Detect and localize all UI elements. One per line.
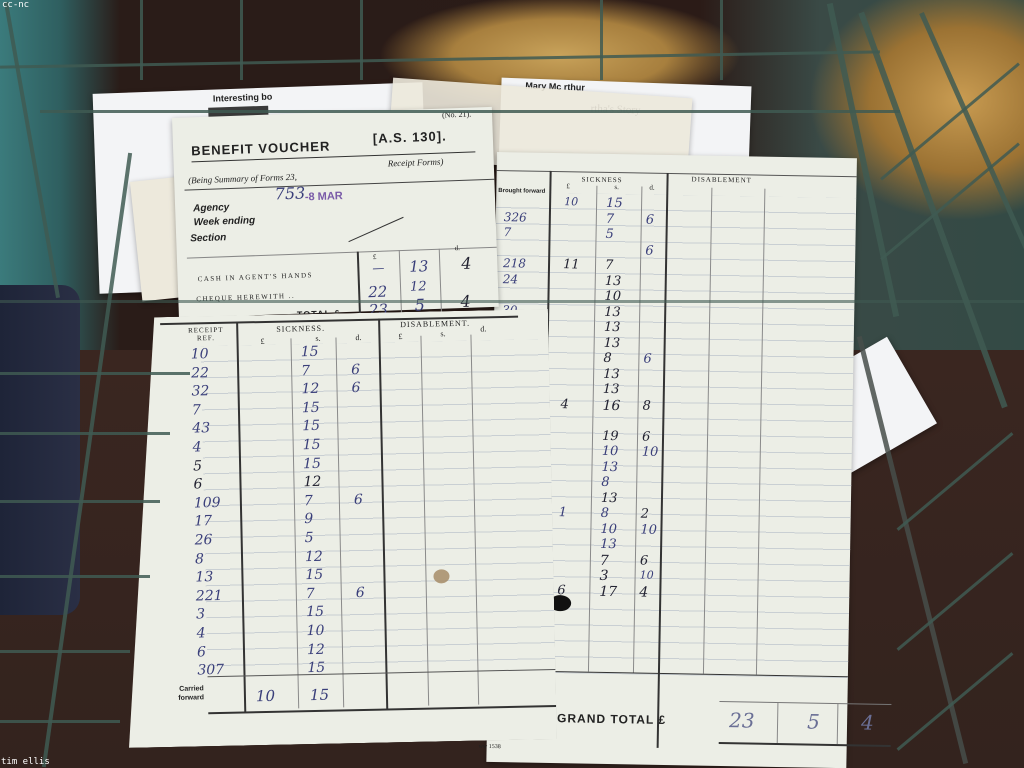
grand-total-label: GRAND TOTAL £ [557,711,666,727]
license-label: cc-nc [2,0,29,10]
cheque-pounds: 22 [368,283,388,302]
carried-forward-shillings: 15 [310,686,329,704]
pence-header: d. [649,184,654,192]
week-ending-label: Week ending [193,215,255,228]
cash-agent-label: CASH IN AGENT'S HANDS [198,271,314,283]
grand-total-shillings: 5 [807,710,820,734]
grand-total-pounds: 23 [729,708,755,732]
agency-value: 753 [274,183,305,203]
agency-tick [348,217,403,242]
sickness-header: SICKNESS. [276,324,325,334]
background-paper-heading: Interesting bo [213,92,273,104]
photographer-credit: tim ellis [1,757,50,767]
disablement-header: DISABLEMENT. [400,319,470,329]
cash-pounds-header: £ [373,253,377,261]
agency-label: Agency [193,202,229,214]
disablement-shillings-header: s. [440,329,445,338]
grand-total-box: 23 5 4 [719,701,892,747]
voucher-title: BENEFIT VOUCHER [191,138,331,158]
blue-cloth [0,285,80,615]
grand-total-pence: 4 [861,710,874,734]
left-rows: 1015 2276 32126 715 4315 415 515 612 109… [161,343,388,682]
table-row: 30715 [167,659,387,682]
form-code: [A.S. 130]. [373,128,447,146]
cash-pence: 4 [461,254,472,273]
shillings-header: s. [614,183,619,191]
pence-header: d. [355,333,361,342]
voucher-left: (No. 21). BENEFIT VOUCHER [A.S. 130]. (B… [172,107,499,318]
carried-forward-label: Carried forward [158,684,204,703]
cash-shillings: 13 [409,257,429,276]
shillings-header: s. [315,334,320,343]
date-stamp: -8 MAR [305,190,343,203]
carried-forward-pounds: 10 [256,687,275,705]
section-label: Section [190,232,226,244]
cheque-shillings: 12 [410,279,427,295]
pounds-header: £ [566,182,570,190]
printer-mark: ww 1538 [479,744,501,750]
receipt-ref-header: RECEIPT REF. [178,326,233,343]
subtitle-right: Receipt Forms) [388,157,444,169]
cash-pence-header: d. [455,244,461,252]
cash-pounds: — [372,261,384,275]
disablement-pence-header: d. [480,324,486,333]
photo-scene: Interesting bo Mary Mc rthur rtha's Stor… [0,0,1024,768]
disablement-header: DISABLEMENT [691,175,752,184]
disablement-pounds-header: £ [398,332,402,341]
